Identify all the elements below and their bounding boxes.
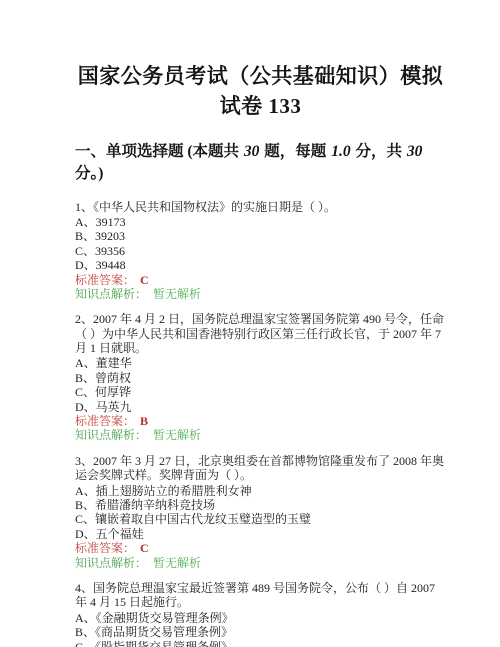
analysis-value: 暂无解析 (153, 287, 201, 301)
option-line-b: B、《商品期货交易管理条例》 (75, 625, 446, 639)
analysis-line: 知识点解析：暂无解析 (75, 428, 446, 442)
section-heading-text: 分。) (75, 165, 103, 182)
option-line-d: D、39448 (75, 258, 446, 272)
analysis-line: 知识点解析：暂无解析 (75, 556, 446, 570)
answer-letter: C (140, 541, 149, 555)
option-line-b: B、39203 (75, 229, 446, 243)
question-stem: 2、2007 年 4 月 2 日，国务院总理温家宝签署国务院第 490 号令，任… (75, 312, 446, 355)
option-line-a: A、《金融期货交易管理条例》 (75, 611, 446, 625)
option-line-a: A、39173 (75, 215, 446, 229)
answer-label: 标准答案： (75, 414, 135, 428)
question-block-2: 2、2007 年 4 月 2 日，国务院总理温家宝签署国务院第 490 号令，任… (75, 312, 446, 443)
option-line-c: C、39356 (75, 244, 446, 258)
answer-label: 标准答案： (75, 273, 135, 287)
option-line-a: A、董建华 (75, 356, 446, 370)
option-line-d: D、五个福娃 (75, 527, 446, 541)
answer-letter: B (140, 414, 148, 428)
analysis-label: 知识点解析： (75, 287, 147, 301)
option-line-c: C、镶嵌着取自中国古代龙纹玉璧造型的玉璧 (75, 512, 446, 526)
option-line-a: A、插上翅膀站立的希腊胜利女神 (75, 484, 446, 498)
answer-label: 标准答案： (75, 541, 135, 555)
exam-document-page: 国家公务员考试（公共基础知识）模拟试卷 133 一、单项选择题 (本题共 30 … (0, 0, 500, 647)
section-heading-text: 分，共 (352, 143, 406, 160)
option-line-c: C、何厚铧 (75, 385, 446, 399)
section-total-value: 30 (406, 143, 424, 160)
page-title: 国家公务员考试（公共基础知识）模拟试卷 133 (75, 62, 446, 122)
option-line-d: D、马英九 (75, 400, 446, 414)
answer-line: 标准答案：C (75, 273, 446, 287)
question-stem: 3、2007 年 3 月 27 日，北京奥组委在首都博物馆隆重发布了 2008 … (75, 454, 446, 483)
answer-line: 标准答案：C (75, 541, 446, 555)
option-line-c: C、《股指期货交易管理条例》 (75, 640, 446, 647)
option-line-b: B、曾荫权 (75, 371, 446, 385)
option-line-b: B、希腊潘纳辛纳科竞技场 (75, 498, 446, 512)
question-stem: 1、《中华人民共和国物权法》的实施日期是（ ）。 (75, 200, 446, 214)
analysis-value: 暂无解析 (153, 556, 201, 570)
answer-line: 标准答案：B (75, 414, 446, 428)
analysis-value: 暂无解析 (153, 428, 201, 442)
question-block-3: 3、2007 年 3 月 27 日，北京奥组委在首都博物馆隆重发布了 2008 … (75, 454, 446, 570)
analysis-label: 知识点解析： (75, 428, 147, 442)
section-heading-text: 一、单项选择题 (本题共 (75, 143, 243, 160)
question-block-4: 4、国务院总理温家宝最近签署第 489 号国务院令，公布（ ）自 2007 年 … (75, 581, 446, 647)
section-heading-text: 题，每题 (260, 143, 330, 160)
section-heading: 一、单项选择题 (本题共 30 题，每题 1.0 分，共 30 分。) (75, 141, 446, 186)
analysis-line: 知识点解析：暂无解析 (75, 287, 446, 301)
question-stem: 4、国务院总理温家宝最近签署第 489 号国务院令，公布（ ）自 2007 年 … (75, 581, 446, 610)
question-block-1: 1、《中华人民共和国物权法》的实施日期是（ ）。 A、39173 B、39203… (75, 200, 446, 302)
section-points-value: 1.0 (330, 143, 351, 160)
answer-letter: C (140, 273, 149, 287)
section-count-value: 30 (243, 143, 261, 160)
analysis-label: 知识点解析： (75, 556, 147, 570)
